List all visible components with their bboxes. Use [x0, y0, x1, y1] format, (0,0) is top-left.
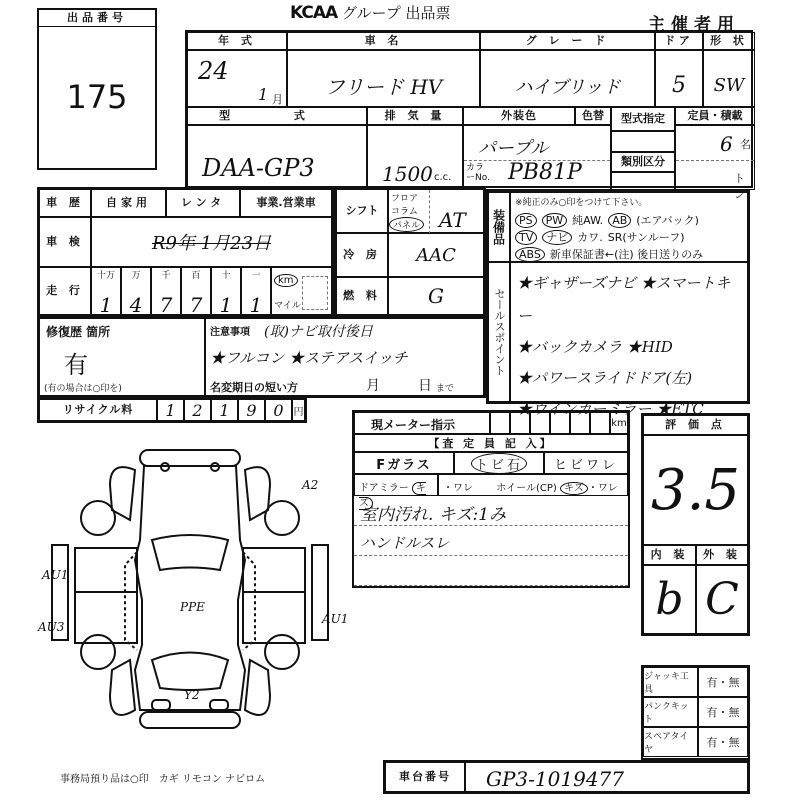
unit-mile: マイル — [274, 298, 301, 311]
damage-mark: AU1 — [322, 612, 348, 626]
damage-mark: A2 — [302, 478, 318, 492]
notes-line: (取)ナビ取付後日 — [264, 321, 373, 341]
car-name-label: 車 名 — [287, 32, 480, 50]
inspection-label: 車 検 — [39, 217, 91, 267]
equipment-item: PW — [542, 213, 568, 228]
chassis-box: 車台番号 GP3-1019477 — [383, 760, 750, 794]
meter-digits — [490, 412, 610, 434]
repair-label: 修復歴 箇所 — [46, 323, 110, 340]
recycle-digit: 2 — [184, 399, 211, 421]
recycle-fee-box: リサイクル料 12190 円 — [37, 397, 307, 423]
accessory-label: ジャッキ工具 — [643, 667, 698, 697]
equipment-item: (エアバック) — [636, 214, 699, 227]
grade-label: グ レ ー ド — [480, 32, 655, 50]
wheel-selected: キズ — [560, 482, 588, 495]
mileage-digit: 万4 — [121, 267, 151, 315]
grade-score: 3.5 — [643, 435, 748, 545]
car-name-value: フリード HV — [287, 50, 480, 107]
displacement-field: 1500 c.c. — [367, 125, 463, 190]
type-designation-field — [611, 131, 675, 152]
capacity-unit: 名 — [740, 136, 751, 152]
year-field: 24 1 月 — [187, 50, 287, 107]
displacement-unit: c.c. — [434, 172, 451, 183]
glass-label: Fガラス — [354, 452, 454, 474]
mirror-label: ドアミラー — [359, 483, 409, 494]
inspection-value: R9年 1月23日 — [91, 217, 332, 267]
mirror-field: ドアミラー キズ — [354, 474, 438, 496]
equipment-item: ナビ — [542, 230, 572, 245]
mileage-digits: 十万1万4千7百7十1一1 — [91, 267, 271, 315]
fuel-value: G — [388, 277, 484, 315]
equipment-item: ABS — [515, 247, 545, 262]
office-note: 事務局預り品は○印 カギ リモコン ナビロム — [60, 770, 265, 785]
year-label: 年 式 — [187, 32, 287, 50]
ac-label: 冷 房 — [336, 233, 388, 277]
type-designation-label: 型式指定 — [611, 107, 675, 131]
name-change-label: 名変期日の短い方 — [210, 379, 298, 395]
equipment-item: TV — [515, 230, 537, 245]
equipment-label: 装備品 — [488, 192, 510, 262]
equipment-note: ※純正のみ○印をつけて下さい。 — [515, 195, 743, 212]
grade-label: 評 価 点 — [643, 415, 748, 435]
name-change-until: まで — [436, 381, 454, 394]
meter-label: 現メーター指示 — [354, 412, 490, 434]
meter-unit: km — [610, 412, 628, 434]
exterior-grade: C — [696, 565, 748, 634]
shift-field: フロア コラム パネル AT — [388, 189, 484, 233]
accessory-label: パンクキット — [643, 697, 698, 727]
accessory-value: 有・無 — [698, 667, 748, 697]
mileage-label: 走 行 — [39, 267, 91, 315]
chassis-label: 車台番号 — [385, 762, 465, 792]
doors-value: 5 — [655, 50, 703, 107]
notes-label: 注意事項 — [210, 323, 250, 338]
equipment-box: 装備品 ※純正のみ○印をつけて下さい。 PSPW純AW.AB(エアバック)TVナ… — [486, 190, 750, 404]
mileage-digit: 十万1 — [91, 267, 121, 315]
damage-mark: Y2 — [184, 688, 200, 702]
month-unit: 月 — [272, 91, 283, 107]
sales-points-label: セールスポイント — [488, 262, 510, 402]
body-label: 形 状 — [703, 32, 755, 50]
history-rental: レンタ — [166, 189, 240, 217]
lot-number-label: 出品番号 — [39, 10, 155, 27]
fuel-label: 燃 料 — [336, 277, 388, 315]
color-label: 外装色 — [463, 107, 575, 125]
repair-value: 有 — [64, 345, 88, 380]
name-change-day: 日 — [418, 375, 432, 395]
shift-label: シフト — [336, 189, 388, 233]
accessories-box: ジャッキ工具有・無パンクキット有・無スペアタイヤ有・無 — [641, 665, 750, 760]
sales-point-line: ★パワースライドドア(左) — [517, 362, 741, 395]
damage-mark: PPE — [180, 600, 205, 614]
recycle-digit: 9 — [238, 399, 265, 421]
displacement-label: 排 気 量 — [367, 107, 463, 125]
unit-km: km — [274, 274, 298, 287]
color-field: パープル カラーNo. PB81P — [463, 125, 611, 190]
sales-points-list: ★ギャザーズナビ ★スマートキー ★バックカメラ ★HID ★パワースライドドア… — [510, 262, 748, 402]
inspector-remark: 室内汚れ. キズ:1み — [354, 496, 628, 526]
repair-notes-grid: 修復歴 箇所 有 (有の場合は○印を) 注意事項 (取)ナビ取付後日 ★フルコン… — [37, 316, 486, 398]
wheel-field: ・ワレ ホイール(CP) キズ・ワレ — [438, 474, 628, 496]
history-grid: 車 歴 自家用 レンタ 事業.営業車 車 検 R9年 1月23日 走 行 十万1… — [37, 187, 334, 317]
spec-grid: シフト フロア コラム パネル AT 冷 房 AAC 燃 料 G — [334, 187, 486, 317]
recycle-digit: 1 — [157, 399, 184, 421]
wheel-label: ホイール(CP) — [496, 483, 557, 494]
recycle-digits: 12190 — [157, 399, 292, 421]
capacity-field: 6 名 トン — [675, 125, 755, 190]
damage-diagram: A2 AU1 AU3 AU1 PPE Y2 — [40, 440, 340, 740]
accessory-label: スペアタイヤ — [643, 727, 698, 757]
org-logo: KCAA — [290, 3, 337, 23]
displacement-value: 1500 — [382, 162, 433, 186]
capacity-label: 定員・積載 — [675, 107, 755, 125]
color-no-label: カラーNo. — [466, 163, 490, 183]
mileage-digit: 千7 — [151, 267, 181, 315]
model-label: 型 式 — [187, 107, 367, 125]
glass-option-chip: トビ石 — [454, 452, 544, 474]
ac-value: AAC — [388, 233, 484, 277]
body-value: SW — [703, 50, 755, 107]
inspector-heading: 【査 定 員 記 入】 — [354, 434, 628, 452]
glass-option-chip: トビ石 — [471, 453, 527, 474]
grade-box: 評 価 点 3.5 内 装 外 装 b C — [641, 413, 750, 636]
damage-mark: AU1 — [42, 568, 68, 582]
form-title: KCAA グループ 出品票 — [290, 2, 451, 23]
color-no-value: PB81P — [508, 160, 582, 185]
inspector-remark-blank — [354, 556, 628, 586]
equipment-item: PS — [515, 213, 537, 228]
category-label: 類別区分 — [611, 152, 675, 172]
doors-label: ドア — [655, 32, 703, 50]
grade-value: ハイブリッド — [480, 50, 655, 107]
equipment-list: ※純正のみ○印をつけて下さい。 PSPW純AW.AB(エアバック)TVナビカワ.… — [510, 192, 748, 262]
equipment-item: 新車保証書←(注) 後日送りのみ — [550, 248, 703, 261]
name-change-month: 月 — [366, 375, 380, 395]
lot-number-box: 出品番号 175 — [37, 8, 157, 170]
shift-panel: パネル — [389, 217, 424, 232]
notes-line: ★フルコン ★ステアスイッチ — [210, 347, 408, 368]
recycle-label: リサイクル料 — [39, 399, 157, 421]
capacity-value: 6 — [720, 132, 733, 156]
shift-column: コラム — [391, 204, 418, 217]
inspector-box: 現メーター指示 km 【査 定 員 記 入】 Fガラス トビ石 ヒビワレ ドアミ… — [352, 410, 630, 588]
color-value: パープル — [478, 134, 548, 160]
repair-field: 修復歴 箇所 有 (有の場合は○印を) — [39, 318, 205, 396]
lot-number: 175 — [39, 27, 155, 167]
history-commercial: 事業.営業車 — [240, 189, 332, 217]
repair-note: (有の場合は○印を) — [44, 381, 122, 394]
vehicle-info-grid: 年 式 車 名 グ レ ー ド ドア 形 状 24 1 月 フリード HV ハイ… — [185, 30, 753, 188]
year-value: 24 — [198, 57, 229, 85]
chassis-value: GP3-1019477 — [465, 762, 748, 792]
accessory-value: 有・無 — [698, 727, 748, 757]
glass-option-crack: ヒビワレ — [544, 452, 628, 474]
mileage-digit: 一1 — [241, 267, 271, 315]
interior-grade: b — [643, 565, 696, 634]
accessory-value: 有・無 — [698, 697, 748, 727]
notes-field: 注意事項 (取)ナビ取付後日 ★フルコン ★ステアスイッチ 名変期日の短い方 月… — [205, 318, 484, 396]
interior-label: 内 装 — [643, 545, 696, 565]
form-title-text: グループ 出品票 — [342, 4, 451, 22]
history-label: 車 歴 — [39, 189, 91, 217]
recycle-unit: 円 — [292, 399, 305, 421]
month-value: 1 — [258, 85, 268, 104]
mileage-unit-field: km マイル — [271, 267, 332, 315]
shift-floor: フロア — [391, 191, 418, 204]
equipment-item: SR(サンルーフ) — [608, 231, 685, 244]
exterior-label: 外 装 — [696, 545, 748, 565]
sales-point-line: ★バックカメラ ★HID — [517, 331, 741, 364]
inspector-remark: ハンドルスレ — [354, 526, 628, 556]
equipment-item: カワ. — [577, 231, 603, 244]
mileage-digit: 十1 — [211, 267, 241, 315]
shift-value: AT — [439, 208, 466, 232]
recycle-digit: 0 — [265, 399, 292, 421]
category-field — [611, 172, 675, 190]
damage-mark: AU3 — [38, 620, 64, 634]
color-change-label: 色替 — [575, 107, 611, 125]
equipment-item: 純AW. — [572, 214, 603, 227]
history-private: 自家用 — [91, 189, 166, 217]
sales-point-line: ★ギャザーズナビ ★スマートキー — [517, 267, 741, 333]
equipment-item: AB — [608, 213, 631, 228]
mileage-digit: 百7 — [181, 267, 211, 315]
recycle-digit: 1 — [211, 399, 238, 421]
model-value: DAA-GP3 — [187, 125, 367, 190]
